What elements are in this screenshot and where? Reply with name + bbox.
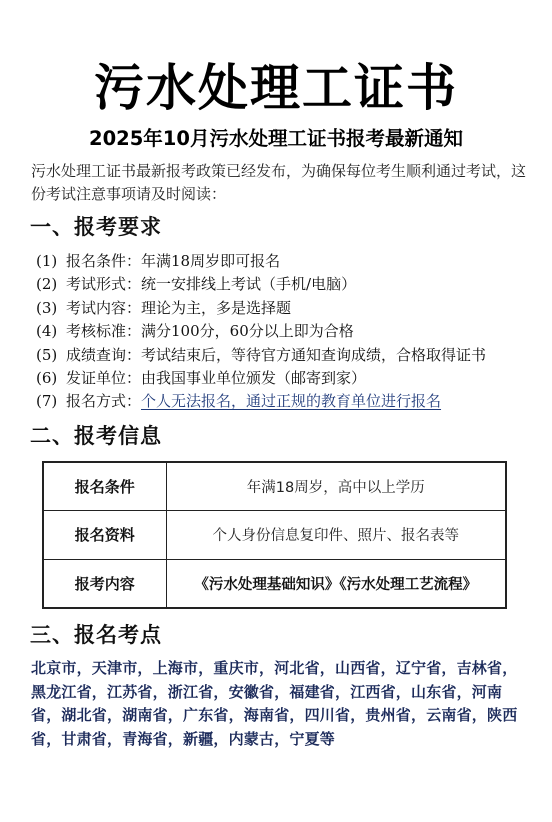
exam-info-table: 报名条件 年满18周岁，高中以上学历 报名资料 个人身份信息复印件、照片、报名表… [42,461,507,609]
requirement-item: (3)考试内容：理论为主，多是选择题 [36,297,536,320]
locations-paragraph: 北京市，天津市，上海市，重庆市，河北省，山西省，辽宁省，吉林省，黑龙江省，江苏省… [31,657,531,751]
requirement-item: (4)考核标准：满分100分，60分以上即为合格 [36,320,536,343]
section-heading-exam-info: 二、报考信息 [30,422,162,450]
requirement-item: (7)报名方式：个人无法报名，通过正规的教育单位进行报名 [36,390,536,413]
requirement-item: (5)成绩查询：考试结束后，等待官方通知查询成绩，合格取得证书 [36,344,536,367]
section-heading-requirements: 一、报考要求 [30,213,162,241]
item-value: 统一安排线上考试（手机/电脑） [141,275,356,293]
item-label: 发证单位： [66,369,141,387]
item-number: (7) [36,390,66,413]
item-number: (6) [36,367,66,390]
intro-paragraph: 污水处理工证书最新报考政策已经发布，为确保每位考生顺利通过考试，这份考试注意事项… [31,160,531,206]
table-row: 报名条件 年满18周岁，高中以上学历 [43,462,506,511]
table-cell-value: 《污水处理基础知识》《污水处理工艺流程》 [166,559,506,608]
requirement-item: (2)考试形式：统一安排线上考试（手机/电脑） [36,273,536,296]
item-value: 年满18周岁即可报名 [141,252,280,270]
table-cell-label: 报名条件 [43,462,166,511]
table-cell-value: 个人身份信息复印件、照片、报名表等 [166,511,506,560]
item-label: 考试形式： [66,275,141,293]
item-label: 报名方式： [66,392,141,410]
table-row: 报名资料 个人身份信息复印件、照片、报名表等 [43,511,506,560]
section-heading-exam-locations: 三、报名考点 [30,621,162,649]
table-cell-label: 报考内容 [43,559,166,608]
item-number: (3) [36,297,66,320]
item-number: (1) [36,250,66,273]
item-value: 考试结束后，等待官方通知查询成绩，合格取得证书 [141,346,486,364]
item-value: 满分100分，60分以上即为合格 [141,322,354,340]
page-title: 污水处理工证书 [0,56,552,120]
item-number: (4) [36,320,66,343]
item-label: 成绩查询： [66,346,141,364]
registration-method-link[interactable]: 个人无法报名，通过正规的教育单位进行报名 [141,392,441,410]
requirement-item: (6)发证单位：由我国事业单位颁发（邮寄到家） [36,367,536,390]
item-label: 报名条件： [66,252,141,270]
requirements-list: (1)报名条件：年满18周岁即可报名 (2)考试形式：统一安排线上考试（手机/电… [36,250,536,414]
item-value: 理论为主，多是选择题 [141,299,291,317]
table-cell-value: 年满18周岁，高中以上学历 [166,462,506,511]
item-value: 由我国事业单位颁发（邮寄到家） [141,369,366,387]
table-row: 报考内容 《污水处理基础知识》《污水处理工艺流程》 [43,559,506,608]
item-number: (2) [36,273,66,296]
item-label: 考试内容： [66,299,141,317]
item-label: 考核标准： [66,322,141,340]
item-number: (5) [36,344,66,367]
page-subtitle: 2025年10月污水处理工证书报考最新通知 [0,126,552,152]
table-cell-label: 报名资料 [43,511,166,560]
requirement-item: (1)报名条件：年满18周岁即可报名 [36,250,536,273]
